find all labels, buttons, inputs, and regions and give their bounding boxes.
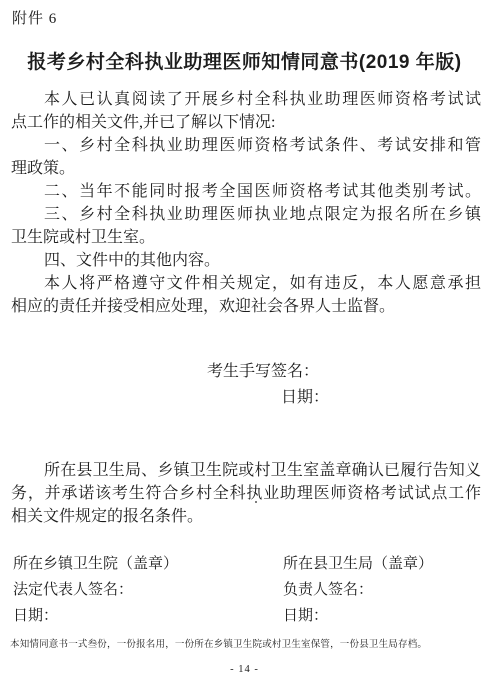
body-line: 三、乡村全科执业助理医师执业地点限定为报名所在乡镇 [11, 203, 481, 226]
township-stamp-title: 所在乡镇卫生院（盖章） [13, 551, 178, 577]
body-line: 理政策。 [11, 157, 481, 180]
confirmation-line: 相关文件规定的报名条件。 [11, 505, 481, 528]
copies-note: 本知情同意书一式叁份，一份报名用，一份所在乡镇卫生院或村卫生室保管，一份县卫生局… [10, 636, 484, 650]
township-stamp-block: 所在乡镇卫生院（盖章） 法定代表人签名： 日期： [13, 551, 178, 629]
body-line: 二、当年不能同时报考全国医师资格考试其他类别考试。 [11, 180, 481, 203]
candidate-date-label: 日期： [281, 384, 329, 407]
attachment-label: 附件 6 [12, 7, 57, 28]
body-line: 本人将严格遵守文件相关规定，如有违反，本人愿意承担 [11, 272, 481, 295]
body-line: 一、乡村全科执业助理医师资格考试条件、考试安排和管 [11, 134, 481, 157]
confirmation-paragraph: 所在县卫生局、乡镇卫生院或村卫生室盖章确认已履行告知义 务，并承诺该考生符合乡村… [11, 459, 481, 528]
county-signer-label: 负责人签名： [283, 577, 433, 603]
confirmation-line: 务，并承诺该考生符合乡村全科执业助理医师资格考试试点工作 [11, 482, 481, 505]
township-signer-label: 法定代表人签名： [13, 577, 178, 603]
confirmation-line: 所在县卫生局、乡镇卫生院或村卫生室盖章确认已履行告知义 [11, 459, 481, 482]
body-line: 本人已认真阅读了开展乡村全科执业助理医师资格考试试 [11, 88, 481, 111]
candidate-signature-label: 考生手写签名： [207, 358, 319, 381]
county-stamp-title: 所在县卫生局（盖章） [283, 551, 433, 577]
body-line: 四、文件中的其他内容。 [11, 249, 481, 272]
body-line: 相应的责任并接受相应处理，欢迎社会各界人士监督。 [11, 295, 481, 318]
body-line: 卫生院或村卫生室。 [11, 226, 481, 249]
document-title: 报考乡村全科执业助理医师知情同意书(2019 年版) [0, 47, 489, 74]
county-date-label: 日期： [283, 603, 433, 629]
scan-artifact-dot [255, 501, 257, 503]
consent-body: 本人已认真阅读了开展乡村全科执业助理医师资格考试试 点工作的相关文件,并已了解以… [11, 88, 481, 318]
document-page: 附件 6 报考乡村全科执业助理医师知情同意书(2019 年版) 本人已认真阅读了… [0, 0, 489, 695]
township-date-label: 日期： [13, 603, 178, 629]
county-stamp-block: 所在县卫生局（盖章） 负责人签名： 日期： [283, 551, 433, 629]
page-number: - 14 - [0, 664, 489, 675]
body-line: 点工作的相关文件,并已了解以下情况: [11, 111, 481, 134]
